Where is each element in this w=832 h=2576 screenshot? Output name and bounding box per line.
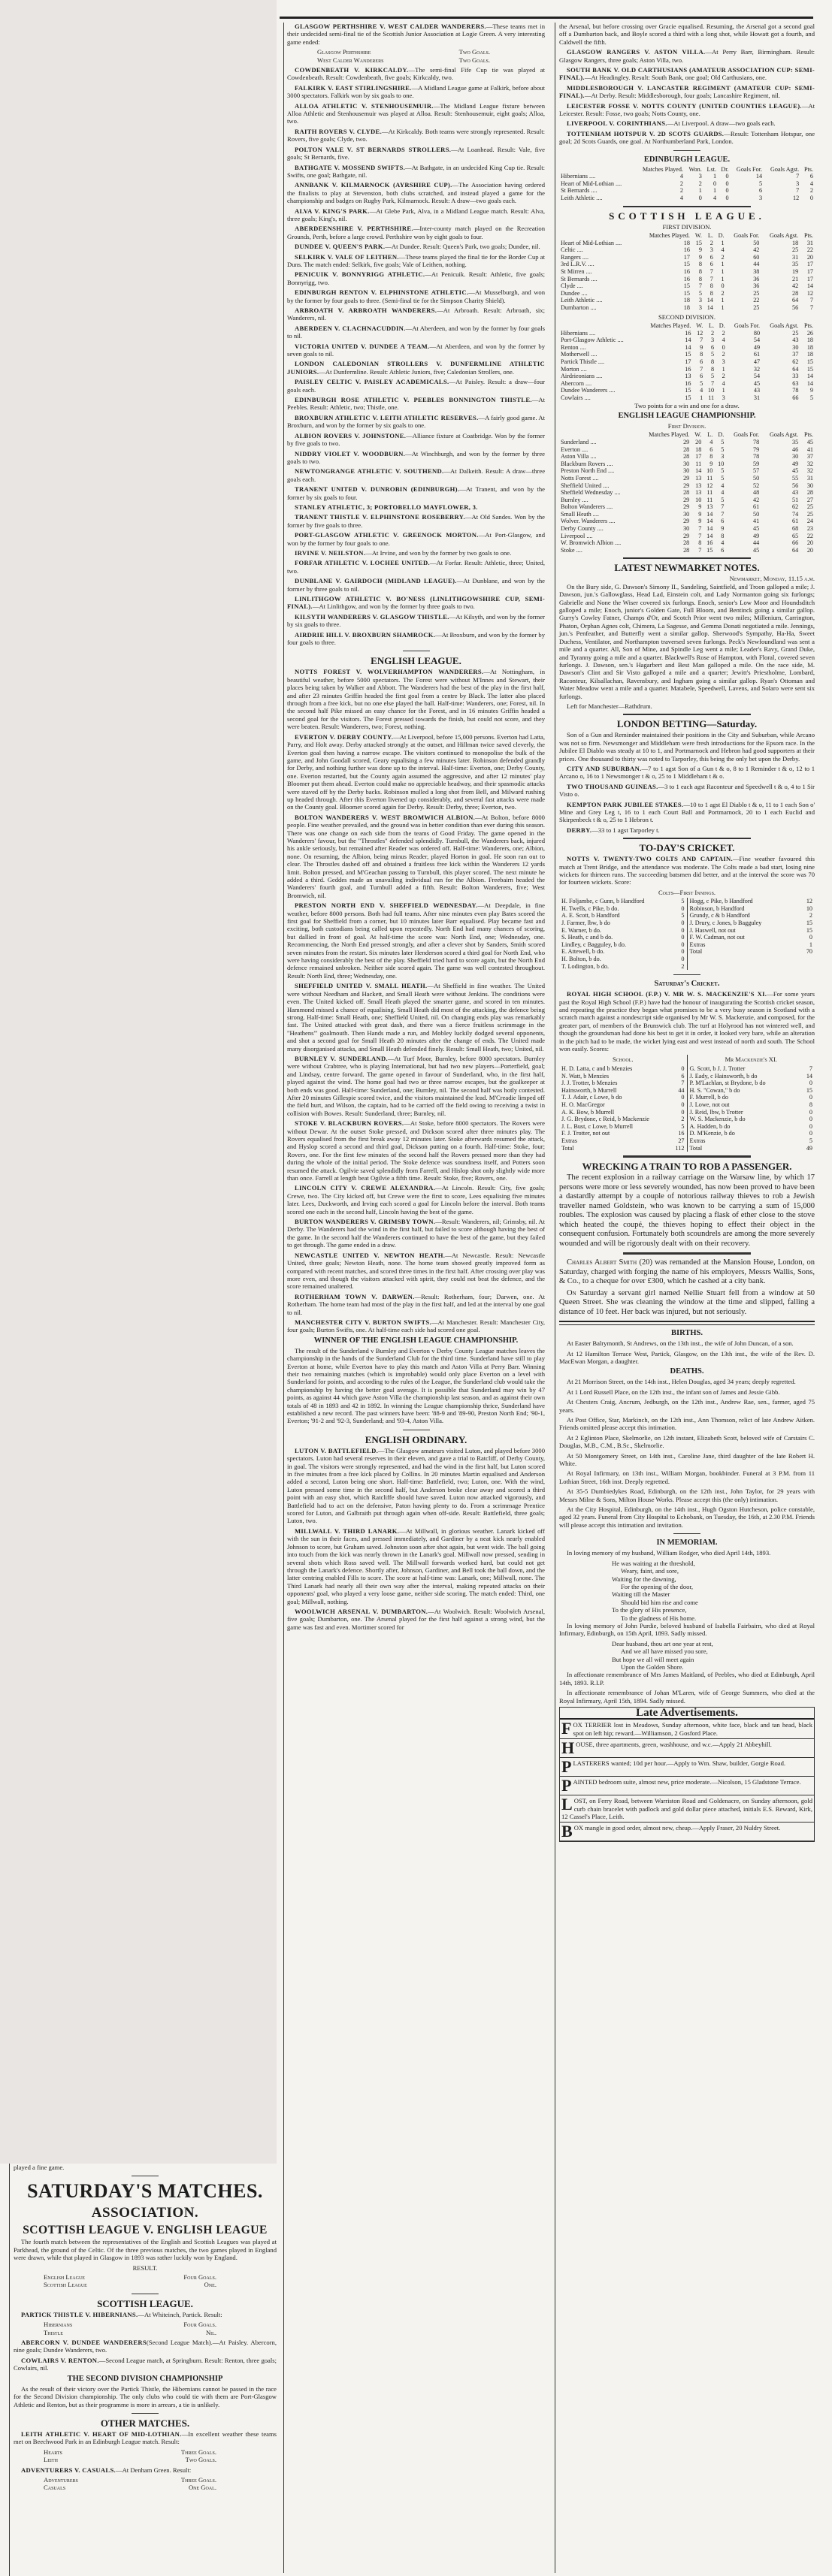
batsman: E. Warner, b do. xyxy=(561,927,601,935)
stat-cell: 14 xyxy=(800,373,815,380)
match-heading: Selkirk v. Vale of Leithen. xyxy=(295,253,399,261)
score: Nil. xyxy=(206,2329,216,2336)
match-heading: Kempton Park Jubilee Stakes. xyxy=(567,801,683,808)
stat-cell: 51 xyxy=(761,497,800,504)
stat-cell: 20 xyxy=(800,547,815,554)
runs: 0 xyxy=(681,948,684,956)
team-name: Leith Athletic .... xyxy=(559,195,634,202)
match-report: Lincoln City v. Crewe Alexandra.—At Linc… xyxy=(287,1184,545,1216)
stat-cell: 7 xyxy=(692,337,704,344)
batsman-row: N. Watt, b Menzies6 xyxy=(561,1073,685,1080)
column-header: L. xyxy=(703,431,714,439)
winner-text: The result of the Sunderland v Burnley a… xyxy=(287,1347,545,1425)
runs: 0 xyxy=(681,1101,684,1109)
stat-cell: 0 xyxy=(718,173,731,180)
match-heading: Leith Athletic v. Heart of Mid-Lothian. xyxy=(21,2430,182,2438)
match-report: Polton Vale v. St Bernards Strollers.—At… xyxy=(287,146,545,162)
match-report: Stanley Athletic, 3; Portobello Mayflowe… xyxy=(287,503,545,511)
batsman-row: J. Haswell, not out15 xyxy=(690,927,813,935)
stat-cell: 45 xyxy=(725,547,761,554)
verse-line: Waiting till the Master xyxy=(612,1590,815,1598)
match-text: —At Dundee. Result: Queen's Park, two go… xyxy=(385,243,540,250)
match-report: Everton v. Derby County.—At Liverpool, b… xyxy=(287,733,545,811)
team-name: Dumbarton .... xyxy=(559,304,638,312)
stat-cell: 27 xyxy=(800,497,815,504)
divider xyxy=(623,838,751,839)
match-report: Luton v. Battlefield.—The Glasgow amateu… xyxy=(287,1447,545,1525)
stat-cell: 30 xyxy=(637,467,691,475)
team-name: St Mirren .... xyxy=(559,268,638,276)
stat-cell: 2 xyxy=(634,187,685,195)
stat-cell: 30 xyxy=(800,482,815,490)
match-report: Two Thousand Guineas.—3 to 1 each agst R… xyxy=(559,783,815,799)
colts-scorecard: H. Foljambe, c Gunn, b Handford5H. Twell… xyxy=(559,898,815,970)
result-row: HeartsThree Goals. xyxy=(44,2448,216,2456)
stat-cell: 10 xyxy=(714,461,725,468)
stat-cell: 11 xyxy=(703,475,714,482)
stat-cell: 15 xyxy=(691,240,703,247)
batsman: S. Heath, c and b do. xyxy=(561,934,613,941)
match-report: Stoke v. Blackburn Rovers.—At Stoke, bef… xyxy=(287,1119,545,1182)
stat-cell: 42 xyxy=(725,497,761,504)
team-name: St Bernards .... xyxy=(559,187,634,195)
score: One. xyxy=(204,2281,216,2288)
stat-cell: 7 xyxy=(800,297,815,304)
stat-cell: 36 xyxy=(726,282,761,290)
drop-cap: P xyxy=(561,1759,571,1774)
stat-cell: 0 xyxy=(716,344,727,352)
stat-cell: 65 xyxy=(761,533,800,540)
match-heading: Arbroath v. Arbroath Wanderers. xyxy=(295,307,437,314)
memoriam-verse: Dear husband, thou art one year at rest,… xyxy=(612,1640,815,1672)
stat-cell: 15 xyxy=(638,282,691,290)
batsman: F. Murrell, b do xyxy=(690,1094,728,1101)
first-division-label: First Division. xyxy=(559,422,815,430)
table-row: Dundee ....15582252812 xyxy=(559,290,815,297)
match-report: Aberdeen v. Clachnacuddin.—At Aberdeen, … xyxy=(287,325,545,340)
runs: 0 xyxy=(809,1123,812,1131)
advertisements-list: FOX TERRIER lost in Meadows, Sunday afte… xyxy=(560,1720,814,1841)
stat-cell: 25 xyxy=(761,246,800,254)
runs: 27 xyxy=(678,1137,684,1145)
stat-cell: 1 xyxy=(715,240,726,247)
ad-text: OST, on Ferry Road, between Warriston Ro… xyxy=(561,1797,812,1820)
runs: 2 xyxy=(681,1116,684,1123)
match-heading: Abercorn v. Dundee Wanderers xyxy=(21,2339,147,2346)
batsman: W. S. Mackenzie, b do xyxy=(690,1116,746,1123)
stat-cell: 42 xyxy=(726,246,761,254)
column-header: W. xyxy=(691,431,703,439)
stat-cell: 8 xyxy=(714,533,725,540)
newmarket-title: LATEST NEWMARKET NOTES. xyxy=(559,563,815,573)
column-header: D. xyxy=(716,322,727,330)
column-header: Goals For. xyxy=(725,431,761,439)
stat-cell: 28 xyxy=(637,489,691,497)
verse-line: But hope we all will meet again xyxy=(612,1656,815,1663)
school-scorecard: School.H. D. Latta, c and b Menzies0N. W… xyxy=(559,1055,815,1152)
stat-cell: 7 xyxy=(691,547,703,554)
stat-cell: 66 xyxy=(761,394,800,402)
stat-cell: 6 xyxy=(714,547,725,554)
stat-cell: 61 xyxy=(725,503,761,511)
stat-cell: 28 xyxy=(637,539,691,547)
stat-cell: 2 xyxy=(634,180,685,188)
birth-notice: At Easter Balrymonth, St Andrews, on the… xyxy=(559,1339,815,1347)
stat-cell: 30 xyxy=(637,461,691,468)
ad-text: AINTED bedroom suite, almost new, price … xyxy=(573,1778,800,1786)
stat-cell: 18 xyxy=(800,337,815,344)
stat-cell: 2 xyxy=(715,254,726,261)
innings-label: Colts—First Innings. xyxy=(559,889,815,896)
match-report: Victoria United v. Dundee A Team.—At Abe… xyxy=(287,343,545,358)
verse-line: Should bid him rise and come xyxy=(612,1599,815,1606)
team-name: St Bernards .... xyxy=(559,276,638,283)
stat-cell: 9 xyxy=(692,344,704,352)
stat-cell: 62 xyxy=(761,503,800,511)
runs: 49 xyxy=(806,1145,812,1152)
batsman-row: J. Lowe, not out8 xyxy=(690,1101,813,1109)
births-title: BIRTHS. xyxy=(559,1329,815,1338)
stat-cell: 45 xyxy=(725,525,761,533)
train-text: The recent explosion in a railway carria… xyxy=(559,1173,815,1249)
stat-cell: 3 xyxy=(691,304,703,312)
match-text: —At Whiteinch, Partick. Result: xyxy=(138,2311,222,2318)
match-heading: Sheffield United v. Small Heath. xyxy=(295,982,427,989)
stat-cell: 1 xyxy=(715,304,726,312)
result-block: Glasgow PerthshireTwo Goals.West Calder … xyxy=(317,48,545,64)
divider xyxy=(623,1155,751,1158)
advertisements-title: Late Advertisements. xyxy=(560,1708,814,1720)
runs: 15 xyxy=(806,920,812,927)
team-name: English League xyxy=(44,2273,85,2281)
match-heading: Glasgow Perthshire v. West Calder Wander… xyxy=(295,23,486,30)
stat-cell: 15 xyxy=(640,387,693,394)
stat-cell: 61 xyxy=(727,351,761,358)
stat-cell: 7 xyxy=(692,366,704,373)
stat-cell: 16 xyxy=(640,330,693,337)
stat-cell: 11 xyxy=(704,394,716,402)
team-name: Derby County .... xyxy=(559,525,637,533)
stat-cell: 1 xyxy=(703,173,718,180)
column-header: Goals For. xyxy=(726,232,761,240)
match-report: Airdrie Hill v. Broxburn Shamrock.—At Br… xyxy=(287,631,545,647)
batsman-row: Extras5 xyxy=(690,1137,813,1145)
match-heading: Paisley Celtic v. Paisley Academicals. xyxy=(295,378,449,385)
stat-cell: 29 xyxy=(637,497,691,504)
stat-cell: 12 xyxy=(703,482,714,490)
match-text: —At Dunfermline. Result: Athletic Junior… xyxy=(319,368,514,376)
match-report: Kilsyth Wanderers v. Glasgow Thistle.—At… xyxy=(287,613,545,629)
stat-cell: 8 xyxy=(703,453,714,461)
column-header: Goals Agst. xyxy=(761,232,800,240)
stat-cell: 16 xyxy=(640,366,693,373)
stat-cell: 1 xyxy=(716,366,727,373)
match-heading: Notts Forest v. Wolverhampton Wanderers. xyxy=(295,668,483,675)
match-heading: Derby. xyxy=(567,826,591,834)
column-header: L. xyxy=(703,232,715,240)
match-report: Dunblane v. Gairdoch (Midland League).—A… xyxy=(287,577,545,593)
stat-cell: 25 xyxy=(761,330,800,337)
match-report: Glasgow Perthshire v. West Calder Wander… xyxy=(287,23,545,46)
stat-cell: 62 xyxy=(761,358,800,366)
stat-cell: 28 xyxy=(637,453,691,461)
stat-cell: 16 xyxy=(638,246,691,254)
advertisement: BOX mangle in good order, almost new, ch… xyxy=(560,1823,814,1841)
divider xyxy=(132,2413,159,2414)
batsman: A. E. Scott, b Handford xyxy=(561,912,620,920)
stat-cell: 0 xyxy=(718,180,731,188)
stat-cell: 5 xyxy=(714,497,725,504)
runs: 16 xyxy=(678,1130,684,1137)
match-report: Selkirk v. Vale of Leithen.—These teams … xyxy=(287,253,545,269)
trailing-text: played a fine game. xyxy=(14,2164,277,2171)
scottish-match-reports: Glasgow Perthshire v. West Calder Wander… xyxy=(287,23,545,646)
stat-cell: 1 xyxy=(715,297,726,304)
middle-column: Glasgow Perthshire v. West Calder Wander… xyxy=(283,23,545,2573)
match-report: Edinburgh Rose Athletic v. Peebles Bonni… xyxy=(287,396,545,412)
runs: 8 xyxy=(809,1101,812,1109)
stat-cell: 19 xyxy=(761,268,800,276)
match-heading: Niddry Violet v. Woodburn. xyxy=(295,450,405,458)
team-name: 3rd L.R.V. .... xyxy=(559,261,638,268)
stat-cell: 4 xyxy=(703,439,714,446)
stat-cell: 15 xyxy=(800,366,815,373)
runs: 7 xyxy=(681,1080,684,1087)
batsman: J. Lowe, not out xyxy=(690,1101,730,1109)
batsman: N. Watt, b Menzies xyxy=(561,1073,609,1080)
stat-cell: 0 xyxy=(685,195,703,202)
batsman: H. Bolton, b do. xyxy=(561,956,601,963)
batsman-row: H. Twells, c Pike, b do.0 xyxy=(561,905,685,913)
table-row: Everton ....281865794641 xyxy=(559,446,815,454)
stat-cell: 29 xyxy=(637,533,691,540)
stat-cell: 35 xyxy=(761,261,800,268)
stat-cell: 3 xyxy=(764,180,800,188)
batsman-row: H. S. "Cowan," b do15 xyxy=(690,1087,813,1095)
match-report: Abercorn v. Dundee Wanderers(Second Leag… xyxy=(14,2339,277,2354)
batsman: J. Drury, c Jones, b Bagguley xyxy=(690,920,762,927)
batsman-row: H. D. Latta, c and b Menzies0 xyxy=(561,1065,685,1073)
stat-cell: 14 xyxy=(703,518,714,525)
stat-cell: 2 xyxy=(715,290,726,297)
table-row: W. Bromwich Albion ....288164446620 xyxy=(559,539,815,547)
stat-cell: 15 xyxy=(640,351,693,358)
stat-cell: 28 xyxy=(637,547,691,554)
runs: 1 xyxy=(809,941,812,949)
stat-cell: 6 xyxy=(692,358,704,366)
stat-cell: 15 xyxy=(800,358,815,366)
match-text: —At Linlithgow, and won by the former by… xyxy=(313,602,475,610)
batsman: Extras xyxy=(690,1137,706,1145)
table-header-row: Matches Played.W.L.D.Goals For.Goals Ags… xyxy=(559,232,815,240)
table-row: Small Heath ....309147507425 xyxy=(559,511,815,518)
team-name: Small Heath .... xyxy=(559,511,637,518)
column-header: Matches Played. xyxy=(637,431,691,439)
match-text: —At Deepdale, in fine weather, before 80… xyxy=(287,901,545,980)
todays-cricket-title: TO-DAY'S CRICKET. xyxy=(559,843,815,853)
batsman: F. J. Trotter, not out xyxy=(561,1130,610,1137)
match-heading: Aberdeen v. Clachnacuddin. xyxy=(295,325,406,332)
stat-cell: 1 xyxy=(703,187,718,195)
match-heading: Burton Wanderers v. Grimsby Town. xyxy=(295,1218,435,1225)
score: Two Goals. xyxy=(459,48,490,56)
batsman-row: A. E. Scott, b Handford5 xyxy=(561,912,685,920)
table-row: Airdrieonians ....13652543314 xyxy=(559,373,815,380)
match-report: Millwall v. Third Lanark.—At Millwall, i… xyxy=(287,1527,545,1605)
stat-cell: 32 xyxy=(727,366,761,373)
table-row: Sunderland ....292045783545 xyxy=(559,439,815,446)
runs: 5 xyxy=(681,898,684,905)
match-heading: Leicester Fosse v. Notts County (United … xyxy=(567,102,802,110)
batsman-row: E. Attewell, b do.0 xyxy=(561,948,685,956)
match-report: Derby.—33 to 1 agst Tarporley t. xyxy=(559,826,815,834)
column-header: Pts. xyxy=(800,431,815,439)
paragraph-lead: On xyxy=(567,1289,576,1297)
blank-scan-area xyxy=(0,0,277,2164)
stat-cell: 5 xyxy=(691,290,703,297)
winner-title: WINNER OF THE ENGLISH LEAGUE CHAMPIONSHI… xyxy=(287,1336,545,1345)
stat-cell: 9 xyxy=(691,254,703,261)
match-heading: Millwall v. Third Lanark. xyxy=(295,1527,399,1535)
batsman-row: J. G. Brydone, c Reid, b Mackenzie2 xyxy=(561,1116,685,1123)
second-division-title: THE SECOND DIVISION CHAMPIONSHIP xyxy=(14,2375,277,2384)
stat-cell: 42 xyxy=(761,282,800,290)
death-notice: At 2 Eglinton Place, Skelmorlie, on 12th… xyxy=(559,1434,815,1450)
saturday-cricket-report: Royal High School (F.P.) v. Mr W. S. Mac… xyxy=(559,990,815,1052)
runs: 0 xyxy=(681,905,684,913)
team-name: Thistle xyxy=(44,2329,63,2336)
team-name: Everton .... xyxy=(559,446,637,454)
stat-cell: 6 xyxy=(703,254,715,261)
column-header: Goals Agst. xyxy=(764,166,800,174)
table-row: Partick Thistle ....17683476215 xyxy=(559,358,815,366)
match-report: Tranent United v. Dunrobin (Edinburgh).—… xyxy=(287,485,545,501)
stat-cell: 74 xyxy=(761,511,800,518)
column-header xyxy=(559,322,640,330)
stat-cell: 12 xyxy=(692,330,704,337)
match-heading: Newcastle United v. Newton Heath. xyxy=(295,1252,445,1259)
stat-cell: 6 xyxy=(800,173,815,180)
batsman-row: D. M'Kenzie, b do0 xyxy=(690,1130,813,1137)
result-row: English LeagueFour Goals. xyxy=(44,2273,216,2281)
match-heading: Forfar Athletic v. Lochee United. xyxy=(295,559,430,566)
stat-cell: 3 xyxy=(716,394,727,402)
stat-cell: 7 xyxy=(714,503,725,511)
top-rule xyxy=(280,17,813,19)
betting-title: LONDON BETTING—Saturday. xyxy=(559,719,815,729)
stat-cell: 20 xyxy=(691,439,703,446)
batsman-row: Extras1 xyxy=(690,941,813,949)
stat-cell: 30 xyxy=(761,344,800,352)
match-report: Paisley Celtic v. Paisley Academicals.—A… xyxy=(287,378,545,394)
stat-cell: 3 xyxy=(731,195,764,202)
english-ordinary-title: ENGLISH ORDINARY. xyxy=(287,1435,545,1445)
batsman-row: H. Foljambe, c Gunn, b Handford5 xyxy=(561,898,685,905)
match-report: Manchester City v. Burton Swifts.—At Man… xyxy=(287,1318,545,1334)
stat-cell: 8 xyxy=(704,358,716,366)
match-text: —At Liverpool, before 15,000 persons. Ev… xyxy=(287,733,545,811)
result-label: RESULT. xyxy=(14,2264,277,2272)
stat-cell: 32 xyxy=(800,461,815,468)
stat-cell: 36 xyxy=(726,276,761,283)
table-row: Notts Forest ....2913115505531 xyxy=(559,475,815,482)
stat-cell: 0 xyxy=(715,282,726,290)
table-row: Bolton Wanderers ....299137616225 xyxy=(559,503,815,511)
edinburgh-league-table: Matches Played.Won.Lst.Dr.Goals For.Goal… xyxy=(559,166,815,202)
match-heading: Partick Thistle v. Hibernians. xyxy=(21,2311,138,2318)
match-text: —At Liverpool. A draw—two goals each. xyxy=(667,119,776,127)
stat-cell: 2 xyxy=(703,240,715,247)
match-text: —At Irvine, and won by the former by two… xyxy=(365,549,511,557)
advertisement: PAINTED bedroom suite, almost new, price… xyxy=(560,1777,814,1795)
match-heading: Kilsyth Wanderers v. Glasgow Thistle. xyxy=(295,613,449,621)
match-heading: Woolwich Arsenal v. Dumbarton. xyxy=(295,1608,428,1615)
batsman: J. Haswell, not out xyxy=(690,927,736,935)
result-block: HiberniansFour Goals.ThistleNil. xyxy=(44,2321,277,2336)
table-row: Wolver. Wanderers ....299146416124 xyxy=(559,518,815,525)
team-name: Port-Glasgow Athletic .... xyxy=(559,337,640,344)
scottish-second-division-table: Matches Played.W.L.D.Goals For.Goals Ags… xyxy=(559,322,815,402)
match-report: London Caledonian Strollers v. Dunfermli… xyxy=(287,360,545,376)
memoriam-entry: In loving memory of my husband, William … xyxy=(559,1549,815,1557)
stat-cell: 4 xyxy=(634,195,685,202)
stat-cell: 78 xyxy=(761,387,800,394)
verse-line: For the opening of the door, xyxy=(612,1583,815,1590)
match-report: Adventurers v. Casuals.—At Denham Green.… xyxy=(14,2466,277,2474)
result-row: Glasgow PerthshireTwo Goals. xyxy=(317,48,490,56)
stat-cell: 24 xyxy=(800,518,815,525)
team-name: Stoke .... xyxy=(559,547,637,554)
match-heading: Stoke v. Blackburn Rovers. xyxy=(295,1119,404,1127)
batsman-row: Lindley, c Bagguley, b do.0 xyxy=(561,941,685,949)
death-notice: At Royal Infirmary, on 13th inst., Willi… xyxy=(559,1469,815,1485)
stat-cell: 0 xyxy=(718,187,731,195)
match-text: —At Denham Green. Result: xyxy=(116,2466,191,2474)
table-row: Motherwell ....15852613718 xyxy=(559,351,815,358)
team-name: Partick Thistle .... xyxy=(559,358,640,366)
stat-cell: 11 xyxy=(691,461,703,468)
table-row: Hibernians ....43101476 xyxy=(559,173,815,180)
team-name: Renton .... xyxy=(559,344,640,352)
stat-cell: 6 xyxy=(731,187,764,195)
stat-cell: 64 xyxy=(761,366,800,373)
stat-cell: 17 xyxy=(800,276,815,283)
match-heading: Rotherham Town v. Darwen. xyxy=(295,1293,415,1300)
match-heading: Raith Rovers v. Clyde. xyxy=(295,128,382,135)
batsman: H. Foljambe, c Gunn, b Handford xyxy=(561,898,645,905)
stat-cell: 43 xyxy=(727,387,761,394)
stat-cell: 14 xyxy=(640,337,693,344)
betting-lines: City and Suburban.—7 to 1 agst Son of a … xyxy=(559,765,815,834)
column-header: Goals Agst. xyxy=(761,431,800,439)
stat-cell: 14 xyxy=(703,297,715,304)
team-name: Wolver. Wanderers .... xyxy=(559,518,637,525)
team-name: Sheffield United .... xyxy=(559,482,637,490)
team-name: Blackburn Rovers .... xyxy=(559,461,637,468)
stat-cell: 37 xyxy=(761,351,800,358)
table-row: St Mirren ....16871381917 xyxy=(559,268,815,276)
column-header: Goals For. xyxy=(731,166,764,174)
stat-cell: 18 xyxy=(800,344,815,352)
stat-cell: 3 xyxy=(691,297,703,304)
match-report: Liverpool v. Corinthians.—At Liverpool. … xyxy=(559,119,815,127)
column-header: Goals Agst. xyxy=(761,322,800,330)
batsman-row: H. O. MacGregor0 xyxy=(561,1101,685,1109)
drop-cap: B xyxy=(561,1824,573,1839)
double-rule xyxy=(559,1321,815,1325)
match-report: Albion Rovers v. Johnstone.—Alliance fix… xyxy=(287,432,545,448)
stat-cell: 9 xyxy=(691,246,703,254)
